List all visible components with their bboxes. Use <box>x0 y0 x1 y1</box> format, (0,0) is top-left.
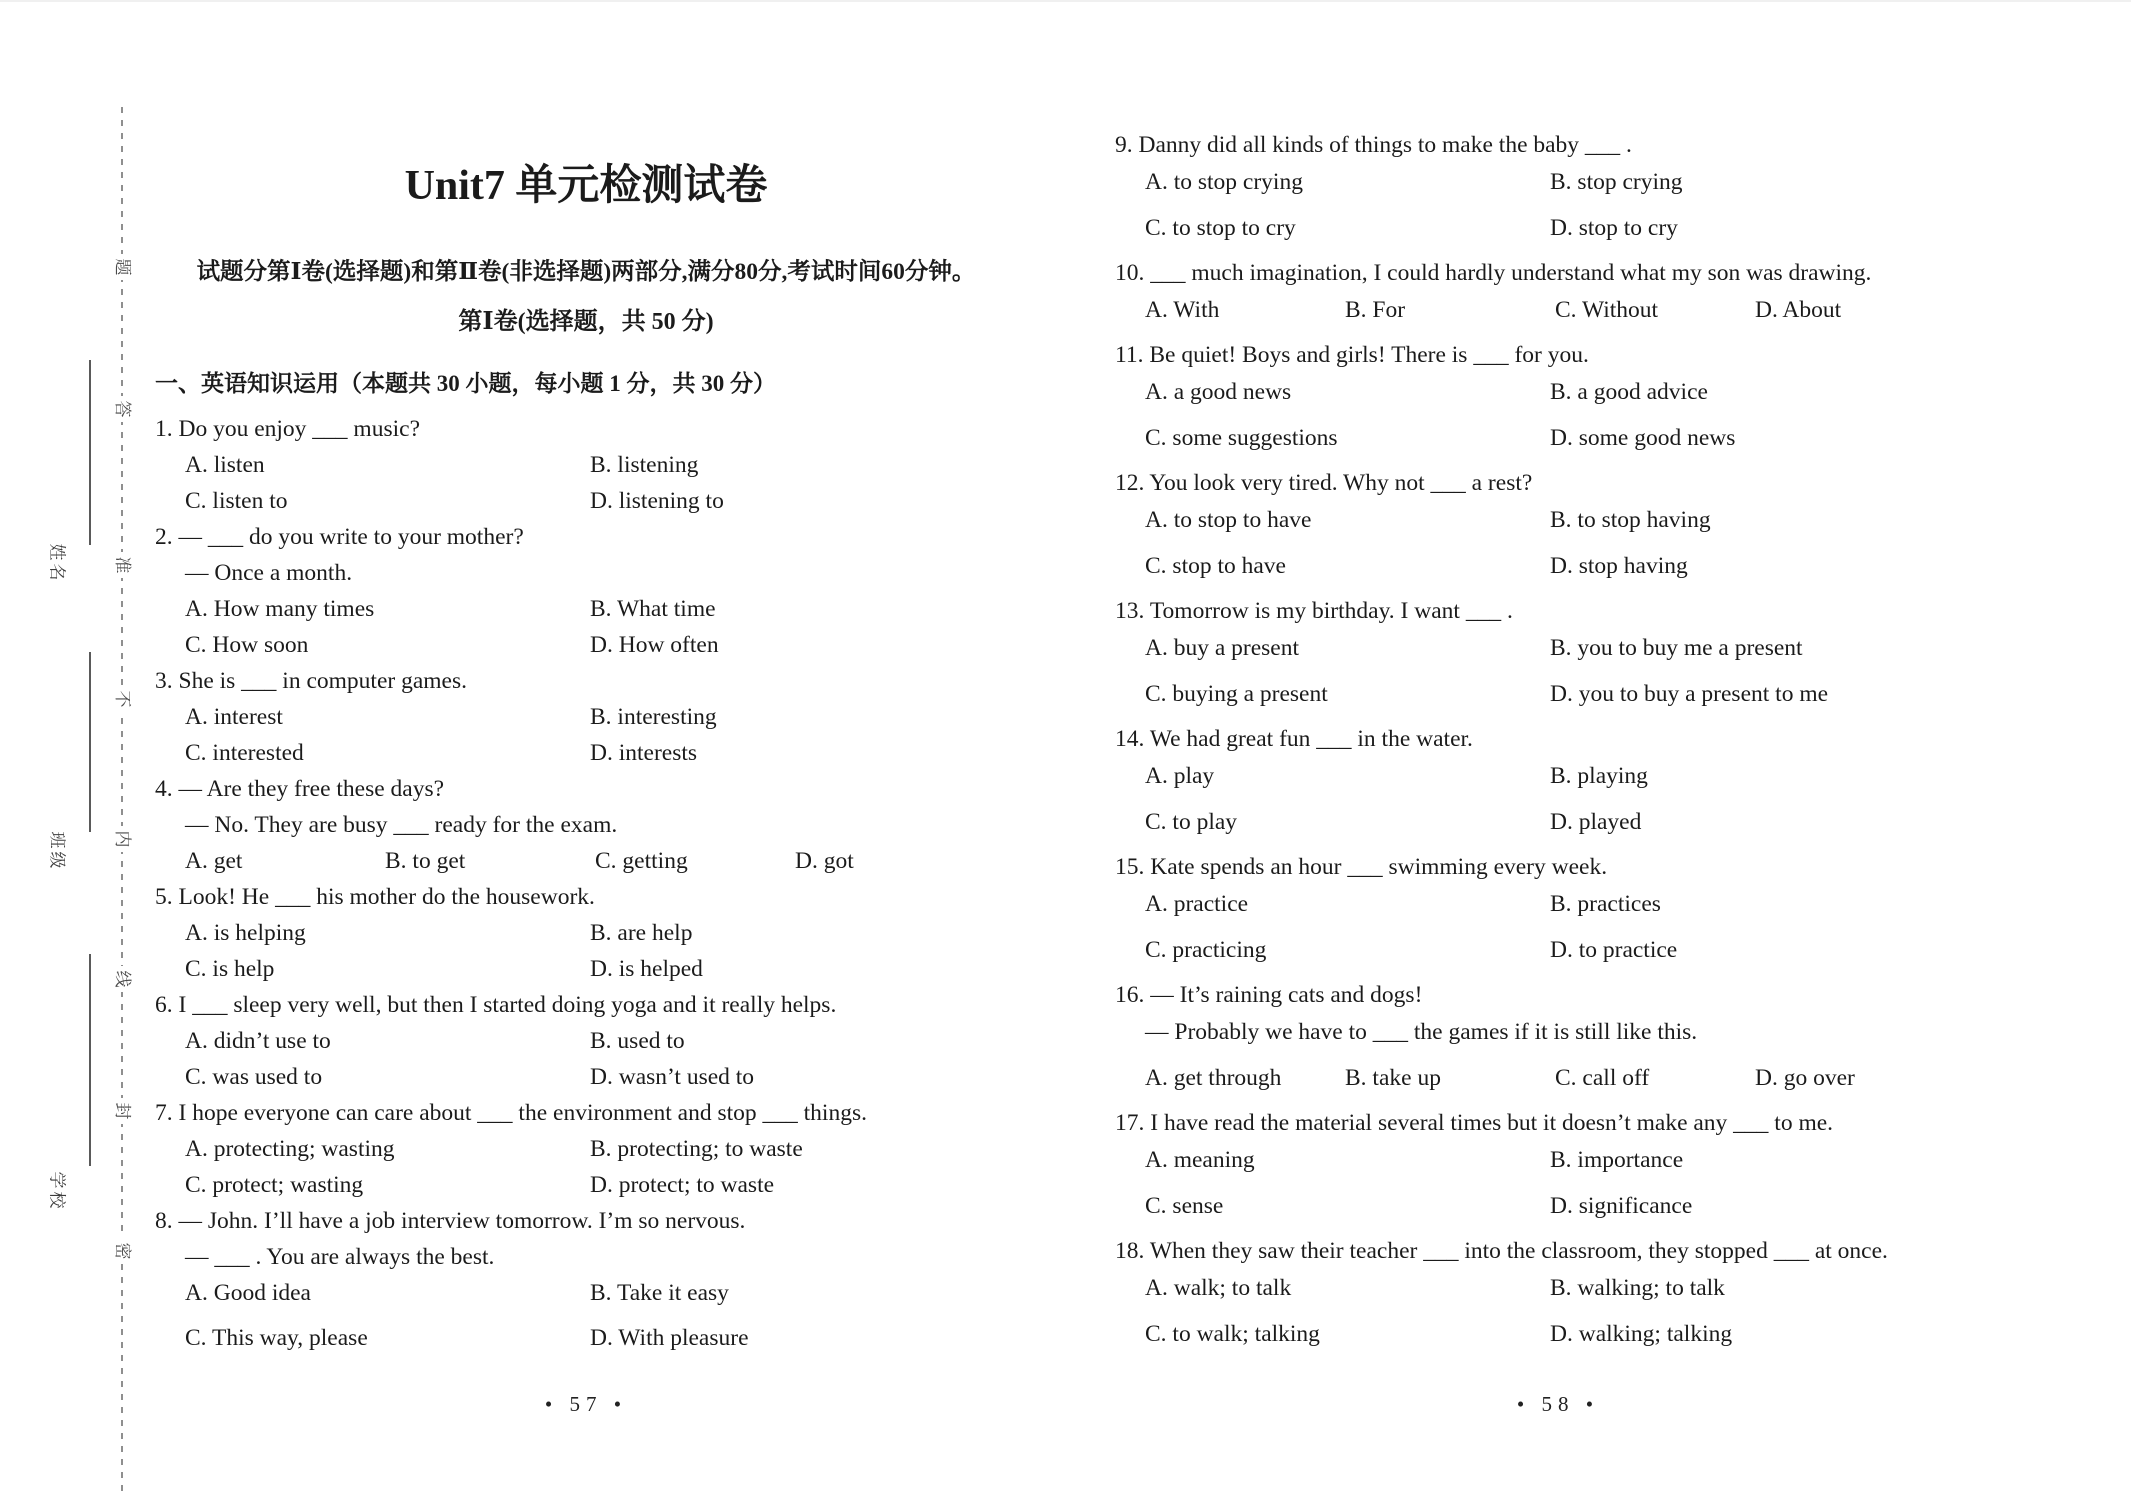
question-text: 11. Be quiet! Boys and girls! There is _… <box>1115 337 2001 374</box>
option-row: A. a good newsB. a good advice <box>1115 374 2001 411</box>
question-text: — Probably we have to ___ the games if i… <box>1115 1014 2001 1051</box>
seal-char: 答 <box>109 396 135 422</box>
option-row: C. is helpD. is helped <box>155 951 1017 987</box>
option: D. some good news <box>1550 420 2001 457</box>
option-row: A. How many timesB. What time <box>155 591 1017 627</box>
option: B. stop crying <box>1550 164 2001 201</box>
question: 13. Tomorrow is my birthday. I want ___ … <box>1115 593 2001 713</box>
option: D. is helped <box>590 951 1017 987</box>
page-number-right: • 58 • <box>1115 1392 2001 1417</box>
option: C. sense <box>1145 1188 1550 1225</box>
option: A. buy a present <box>1145 630 1550 667</box>
question: 10. ___ much imagination, I could hardly… <box>1115 255 2001 329</box>
option: A. listen <box>185 447 590 483</box>
option: A. Good idea <box>185 1275 590 1311</box>
field-label: 班级 <box>36 828 82 874</box>
option: A. to stop crying <box>1145 164 1550 201</box>
page-left: Unit7 单元检测试卷 试题分第Ⅰ卷(选择题)和第Ⅱ卷(非选择题)两部分,满分… <box>155 2 1017 1356</box>
option: A. interest <box>185 699 590 735</box>
page-title: Unit7 单元检测试卷 <box>155 160 1017 212</box>
option-row: C. to playD. played <box>1115 804 2001 841</box>
option: D. About <box>1755 292 2001 329</box>
seal-char: 准 <box>109 552 135 578</box>
question-text: 1. Do you enjoy ___ music? <box>155 411 1017 447</box>
option-row: C. to stop to cryD. stop to cry <box>1115 210 2001 247</box>
question-list-right: 9. Danny did all kinds of things to make… <box>1115 2 2001 1353</box>
question-text: 13. Tomorrow is my birthday. I want ___ … <box>1115 593 2001 630</box>
option: D. to practice <box>1550 932 2001 969</box>
question: 18. When they saw their teacher ___ into… <box>1115 1233 2001 1353</box>
question-text: 5. Look! He ___ his mother do the housew… <box>155 879 1017 915</box>
option: C. is help <box>185 951 590 987</box>
option: B. a good advice <box>1550 374 2001 411</box>
option-row: C. buying a presentD. you to buy a prese… <box>1115 676 2001 713</box>
option: D. listening to <box>590 483 1017 519</box>
option: D. you to buy a present to me <box>1550 676 2001 713</box>
option: A. meaning <box>1145 1142 1550 1179</box>
option: B. For <box>1345 292 1555 329</box>
question-text: 18. When they saw their teacher ___ into… <box>1115 1233 2001 1270</box>
field-underline <box>89 360 91 545</box>
exam-sheet: 题答准不内线封密 姓名班级学校 Unit7 单元检测试卷 试题分第Ⅰ卷(选择题)… <box>0 0 2131 1510</box>
section-heading: 一、英语知识运用（本题共 30 小题，每小题 1 分，共 30 分） <box>155 366 1017 402</box>
question: 11. Be quiet! Boys and girls! There is _… <box>1115 337 2001 457</box>
seal-char: 封 <box>109 1098 135 1124</box>
field-label-text: 班级 <box>47 831 72 871</box>
question: 12. You look very tired. Why not ___ a r… <box>1115 465 2001 585</box>
option: C. some suggestions <box>1145 420 1550 457</box>
page-number-left: • 57 • <box>155 1392 1017 1417</box>
option: C. buying a present <box>1145 676 1550 713</box>
option: D. got <box>795 843 1017 879</box>
question: 4. — Are they free these days?— No. They… <box>155 771 1017 879</box>
option-row: A. meaningB. importance <box>1115 1142 2001 1179</box>
option-row: A. is helpingB. are help <box>155 915 1017 951</box>
question-text: — No. They are busy ___ ready for the ex… <box>155 807 1017 843</box>
option: C. was used to <box>185 1059 590 1095</box>
option-row: A. WithB. ForC. WithoutD. About <box>1115 292 2001 329</box>
option-row: C. How soonD. How often <box>155 627 1017 663</box>
exam-subtitle: 试题分第Ⅰ卷(选择题)和第Ⅱ卷(非选择题)两部分,满分80分,考试时间60分钟。 <box>155 256 1017 288</box>
option: B. are help <box>590 915 1017 951</box>
question-text: 16. — It’s raining cats and dogs! <box>1115 977 2001 1014</box>
question: 15. Kate spends an hour ___ swimming eve… <box>1115 849 2001 969</box>
question-text: 12. You look very tired. Why not ___ a r… <box>1115 465 2001 502</box>
question-text: 10. ___ much imagination, I could hardly… <box>1115 255 2001 292</box>
option: B. used to <box>590 1023 1017 1059</box>
option: B. to get <box>385 843 595 879</box>
question-text: — Once a month. <box>155 555 1017 591</box>
option-row: C. protect; wastingD. protect; to waste <box>155 1167 1017 1203</box>
option: B. What time <box>590 591 1017 627</box>
option: D. wasn’t used to <box>590 1059 1017 1095</box>
option: B. playing <box>1550 758 2001 795</box>
option: C. Without <box>1555 292 1755 329</box>
option: A. How many times <box>185 591 590 627</box>
option: D. significance <box>1550 1188 2001 1225</box>
option-row: A. interestB. interesting <box>155 699 1017 735</box>
option: B. walking; to talk <box>1550 1270 2001 1307</box>
question-text: 14. We had great fun ___ in the water. <box>1115 721 2001 758</box>
option-row: C. to walk; talkingD. walking; talking <box>1115 1316 2001 1353</box>
option: C. practicing <box>1145 932 1550 969</box>
option: D. walking; talking <box>1550 1316 2001 1353</box>
field-label: 姓名 <box>36 540 82 586</box>
option: C. listen to <box>185 483 590 519</box>
seal-char: 内 <box>109 826 135 852</box>
option: A. play <box>1145 758 1550 795</box>
option: B. take up <box>1345 1060 1555 1097</box>
option-row: C. senseD. significance <box>1115 1188 2001 1225</box>
option: C. This way, please <box>185 1320 590 1356</box>
question: 8. — John. I’ll have a job interview tom… <box>155 1203 1017 1356</box>
option: C. getting <box>595 843 795 879</box>
option-row: A. playB. playing <box>1115 758 2001 795</box>
option-row: A. buy a presentB. you to buy me a prese… <box>1115 630 2001 667</box>
option: A. is helping <box>185 915 590 951</box>
option-row: C. was used toD. wasn’t used to <box>155 1059 1017 1095</box>
option-row: A. didn’t use toB. used to <box>155 1023 1017 1059</box>
question: 5. Look! He ___ his mother do the housew… <box>155 879 1017 987</box>
option: B. interesting <box>590 699 1017 735</box>
option: D. protect; to waste <box>590 1167 1017 1203</box>
question-text: 2. — ___ do you write to your mother? <box>155 519 1017 555</box>
question-text: — ___ . You are always the best. <box>155 1239 1017 1275</box>
option: B. importance <box>1550 1142 2001 1179</box>
option: A. get <box>185 843 385 879</box>
question-text: 6. I ___ sleep very well, but then I sta… <box>155 987 1017 1023</box>
option-row: C. practicingD. to practice <box>1115 932 2001 969</box>
option-row: A. to stop cryingB. stop crying <box>1115 164 2001 201</box>
field-label: 学校 <box>36 1168 82 1214</box>
option: B. you to buy me a present <box>1550 630 2001 667</box>
option-row: A. Good ideaB. Take it easy <box>155 1275 1017 1311</box>
question-text: 9. Danny did all kinds of things to make… <box>1115 127 2001 164</box>
option: D. played <box>1550 804 2001 841</box>
page-right: 9. Danny did all kinds of things to make… <box>1115 2 2001 1353</box>
question: 1. Do you enjoy ___ music?A. listenB. li… <box>155 411 1017 519</box>
option: D. How often <box>590 627 1017 663</box>
seal-char: 不 <box>109 686 135 712</box>
question: 3. She is ___ in computer games.A. inter… <box>155 663 1017 771</box>
seal-char: 线 <box>109 966 135 992</box>
option: B. to stop having <box>1550 502 2001 539</box>
question: 16. — It’s raining cats and dogs!— Proba… <box>1115 977 2001 1097</box>
part-heading: 第Ⅰ卷(选择题，共 50 分) <box>155 306 1017 338</box>
question-text: 8. — John. I’ll have a job interview tom… <box>155 1203 1017 1239</box>
option: A. practice <box>1145 886 1550 923</box>
option: B. Take it easy <box>590 1275 1017 1311</box>
option-row: A. getB. to getC. gettingD. got <box>155 843 1017 879</box>
seal-dashed-line <box>121 107 123 1492</box>
option: D. stop having <box>1550 548 2001 585</box>
option: D. stop to cry <box>1550 210 2001 247</box>
question-text: 3. She is ___ in computer games. <box>155 663 1017 699</box>
question-list-left: 1. Do you enjoy ___ music?A. listenB. li… <box>155 402 1017 1356</box>
field-underline <box>89 954 91 1166</box>
question: 6. I ___ sleep very well, but then I sta… <box>155 987 1017 1095</box>
option: C. protect; wasting <box>185 1167 590 1203</box>
option-row: C. some suggestionsD. some good news <box>1115 420 2001 457</box>
option-row: C. stop to haveD. stop having <box>1115 548 2001 585</box>
seal-char: 密 <box>109 1238 135 1264</box>
question-text: 15. Kate spends an hour ___ swimming eve… <box>1115 849 2001 886</box>
option: A. didn’t use to <box>185 1023 590 1059</box>
question: 2. — ___ do you write to your mother?— O… <box>155 519 1017 663</box>
option-row: C. interestedD. interests <box>155 735 1017 771</box>
option-row: A. get throughB. take upC. call offD. go… <box>1115 1060 2001 1097</box>
option: B. protecting; to waste <box>590 1131 1017 1167</box>
question: 17. I have read the material several tim… <box>1115 1105 2001 1225</box>
option: A. protecting; wasting <box>185 1131 590 1167</box>
option: B. practices <box>1550 886 2001 923</box>
option: A. get through <box>1145 1060 1345 1097</box>
option-row: C. This way, pleaseD. With pleasure <box>155 1320 1017 1356</box>
question: 7. I hope everyone can care about ___ th… <box>155 1095 1017 1203</box>
question-text: 7. I hope everyone can care about ___ th… <box>155 1095 1017 1131</box>
option: C. to walk; talking <box>1145 1316 1550 1353</box>
question-text: 17. I have read the material several tim… <box>1115 1105 2001 1142</box>
option: C. to stop to cry <box>1145 210 1550 247</box>
seal-char: 题 <box>109 254 135 280</box>
option: A. With <box>1145 292 1345 329</box>
option: C. stop to have <box>1145 548 1550 585</box>
option: D. interests <box>590 735 1017 771</box>
option-row: A. listenB. listening <box>155 447 1017 483</box>
field-label-text: 姓名 <box>47 543 72 583</box>
option: D. With pleasure <box>590 1320 1017 1356</box>
field-label-text: 学校 <box>47 1171 72 1211</box>
question: 9. Danny did all kinds of things to make… <box>1115 127 2001 247</box>
field-underline <box>89 652 91 832</box>
option: C. interested <box>185 735 590 771</box>
option: C. to play <box>1145 804 1550 841</box>
option-row: A. practiceB. practices <box>1115 886 2001 923</box>
option-row: A. walk; to talkB. walking; to talk <box>1115 1270 2001 1307</box>
question: 14. We had great fun ___ in the water.A.… <box>1115 721 2001 841</box>
option: A. walk; to talk <box>1145 1270 1550 1307</box>
option: A. a good news <box>1145 374 1550 411</box>
option: C. call off <box>1555 1060 1755 1097</box>
option: D. go over <box>1755 1060 2001 1097</box>
option: A. to stop to have <box>1145 502 1550 539</box>
option: C. How soon <box>185 627 590 663</box>
question-text: 4. — Are they free these days? <box>155 771 1017 807</box>
option-row: A. protecting; wastingB. protecting; to … <box>155 1131 1017 1167</box>
option-row: A. to stop to haveB. to stop having <box>1115 502 2001 539</box>
option: B. listening <box>590 447 1017 483</box>
option-row: C. listen toD. listening to <box>155 483 1017 519</box>
